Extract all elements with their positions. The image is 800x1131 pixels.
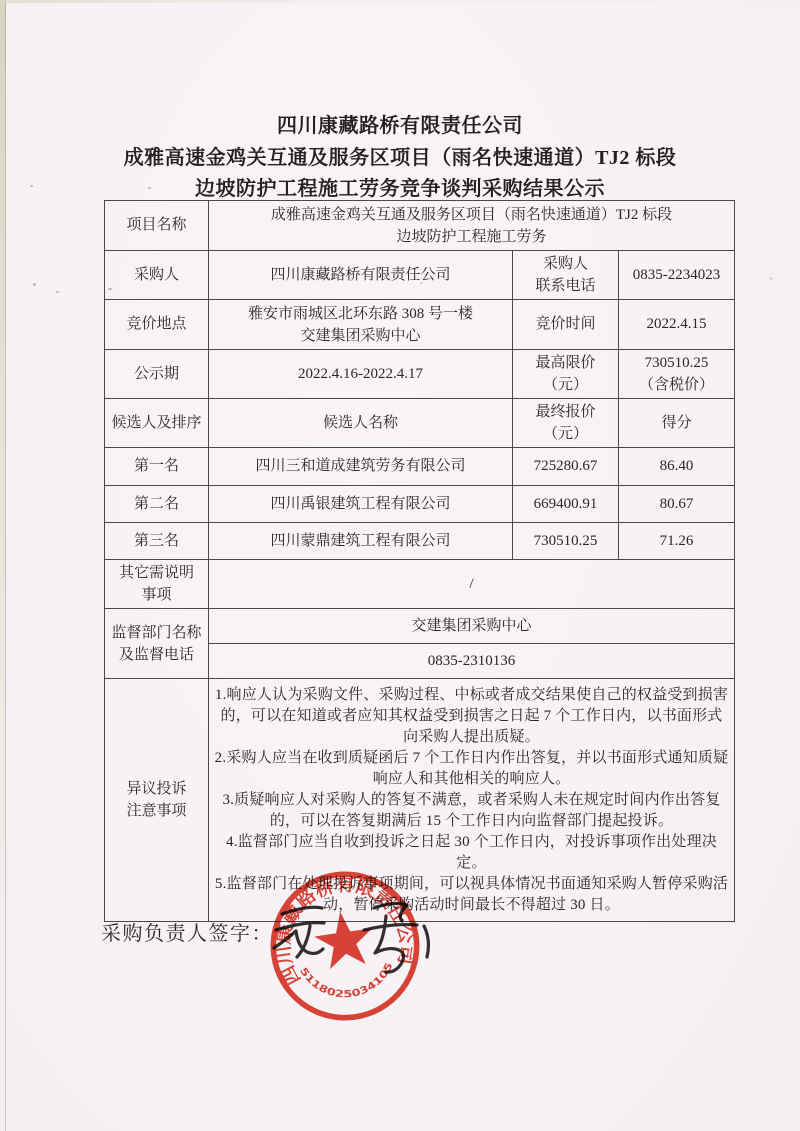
notice-item-2: 2.采购人应当在收到质疑函后 7 个工作日内作出答复，并以书面形式通知质疑响应人…	[213, 748, 730, 790]
publicity-label: 公示期	[105, 350, 209, 399]
candidate-score: 71.26	[619, 523, 735, 560]
purchaser-label: 采购人	[105, 251, 209, 300]
purchaser-value: 四川康藏路桥有限责任公司	[209, 251, 513, 300]
candidate-rank: 第二名	[105, 486, 209, 523]
project-value: 成雅高速金鸡关互通及服务区项目（雨名快速通道）TJ2 标段 边坡防护工程施工劳务	[209, 201, 735, 251]
other-notes-value: /	[209, 560, 735, 609]
supervision-name: 交建集团采购中心	[209, 609, 735, 644]
purchaser-contact-value: 0835-2234023	[619, 251, 735, 300]
table-row-candidate-1: 第一名 四川三和道成建筑劳务有限公司 725280.67 86.40	[105, 448, 735, 486]
result-table: 项目名称 成雅高速金鸡关互通及服务区项目（雨名快速通道）TJ2 标段 边坡防护工…	[104, 200, 735, 922]
candidates-rank-header: 候选人及排序	[105, 399, 209, 448]
price-limit-label: 最高限价 （元）	[513, 350, 619, 399]
table-row-other-notes: 其它需说明 事项 /	[105, 560, 735, 609]
purchaser-contact-label: 采购人 联系电话	[513, 251, 619, 300]
candidates-score-header: 得分	[619, 399, 735, 448]
publicity-value: 2022.4.16-2022.4.17	[209, 350, 513, 399]
table-row-publicity: 公示期 2022.4.16-2022.4.17 最高限价 （元） 730510.…	[105, 350, 735, 399]
scan-speck	[56, 291, 59, 293]
candidate-price: 725280.67	[513, 448, 619, 486]
candidate-score: 80.67	[619, 486, 735, 523]
complaint-notice-label: 异议投诉 注意事项	[105, 679, 209, 922]
project-label: 项目名称	[105, 201, 209, 251]
signature-label: 采购负责人签字：	[101, 923, 273, 945]
supervision-label: 监督部门名称 及监督电话	[105, 609, 209, 679]
candidate-price: 730510.25	[513, 523, 619, 560]
candidate-name: 四川三和道成建筑劳务有限公司	[209, 448, 513, 486]
scan-speck	[33, 283, 36, 286]
table-row-bidding: 竞价地点 雅安市雨城区北环东路 308 号一楼 交建集团采购中心 竞价时间 20…	[105, 300, 735, 350]
signature-line: 采购负责人签字：	[101, 917, 273, 946]
bidding-time-label: 竞价时间	[513, 300, 619, 350]
candidate-rank: 第三名	[105, 523, 209, 560]
table-row-candidate-3: 第三名 四川蒙鼎建筑工程有限公司 730510.25 71.26	[105, 523, 735, 560]
table-row-supervision-name: 监督部门名称 及监督电话 交建集团采购中心	[105, 609, 735, 644]
other-notes-label: 其它需说明 事项	[105, 560, 209, 609]
candidates-name-header: 候选人名称	[209, 399, 513, 448]
document-title-block: 四川康藏路桥有限责任公司 成雅高速金鸡关互通及服务区项目（雨名快速通道）TJ2 …	[0, 111, 800, 206]
company-title: 四川康藏路桥有限责任公司	[0, 111, 800, 143]
bidding-time-value: 2022.4.15	[619, 300, 735, 350]
price-limit-value: 730510.25 （含税价）	[619, 350, 735, 399]
candidate-name: 四川禹银建筑工程有限公司	[209, 486, 513, 523]
candidates-price-header: 最终报价 （元）	[513, 399, 619, 448]
candidate-price: 669400.91	[513, 486, 619, 523]
bidding-location-value: 雅安市雨城区北环东路 308 号一楼 交建集团采购中心	[209, 300, 513, 350]
candidate-name: 四川蒙鼎建筑工程有限公司	[209, 523, 513, 560]
supervision-phone: 0835-2310136	[209, 644, 735, 679]
scanned-announcement-page: 四川康藏路桥有限责任公司 成雅高速金鸡关互通及服务区项目（雨名快速通道）TJ2 …	[0, 0, 800, 1131]
signature-ink	[252, 892, 467, 977]
notice-item-1: 1.响应人认为采购文件、采购过程、中标或者成交结果使自己的权益受到损害的，可以在…	[213, 685, 730, 748]
scan-speck	[769, 277, 773, 280]
table-row-purchaser: 采购人 四川康藏路桥有限责任公司 采购人 联系电话 0835-2234023	[105, 251, 735, 300]
scan-edge-artifact-top	[0, 0, 800, 3]
project-title: 成雅高速金鸡关互通及服务区项目（雨名快速通道）TJ2 标段	[0, 143, 800, 175]
table-row-candidates-header: 候选人及排序 候选人名称 最终报价 （元） 得分	[105, 399, 735, 448]
table-row-project: 项目名称 成雅高速金鸡关互通及服务区项目（雨名快速通道）TJ2 标段 边坡防护工…	[105, 201, 735, 251]
notice-item-3: 3.质疑响应人对采购人的答复不满意，或者采购人未在规定时间内作出答复的，可以在答…	[213, 790, 730, 832]
table-row-candidate-2: 第二名 四川禹银建筑工程有限公司 669400.91 80.67	[105, 486, 735, 523]
candidate-rank: 第一名	[105, 448, 209, 486]
candidate-score: 86.40	[619, 448, 735, 486]
bidding-location-label: 竞价地点	[105, 300, 209, 350]
